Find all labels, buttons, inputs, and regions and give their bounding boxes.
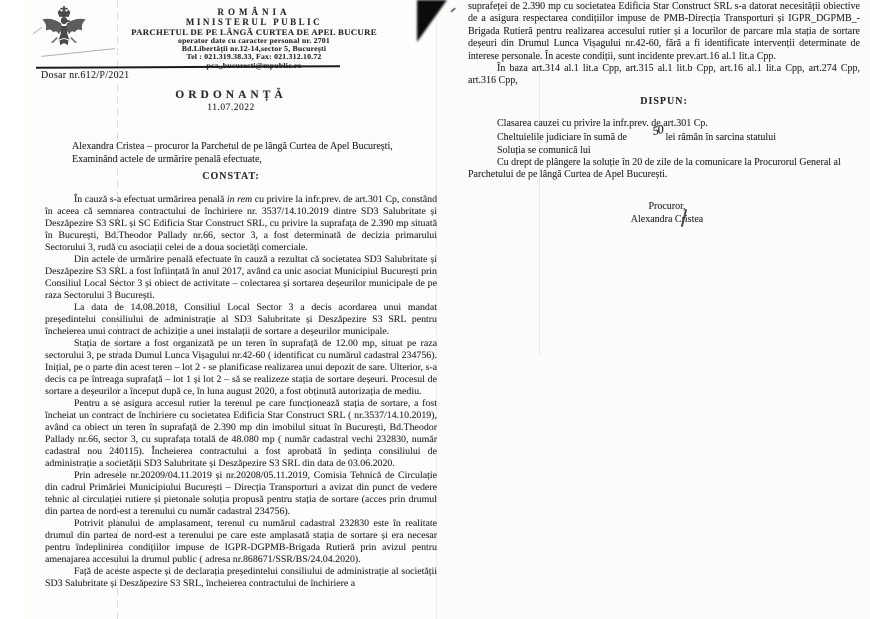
romania-coat-of-arms-icon: [41, 6, 87, 56]
page-right: suprafeței de 2.390 mp cu societatea Edi…: [437, 0, 870, 619]
disposition-line-3: Soluția se comunică lui: [468, 145, 860, 157]
letterhead: ROMÂNIA MINISTERUL PUBLIC PARCHETUL DE P…: [93, 8, 415, 70]
body-paragraph: Potrivit planului de amplasament, terenu…: [45, 518, 437, 566]
case-number: Dosar nr.612/P/2021: [41, 70, 129, 81]
body-paragraph: În cauză s-a efectuat urmărirea penală i…: [45, 194, 437, 254]
paragraph-text: În cauză s-a efectuat urmărirea penală: [74, 194, 227, 205]
body-paragraph: Din actele de urmărire penală efectuate …: [45, 254, 437, 302]
scan-artifact-wedge: [417, 0, 447, 42]
latin-term: in rem: [227, 194, 252, 205]
legal-basis-paragraph: În baza art.314 al.1 lit.a Cpp, art.315 …: [468, 63, 860, 88]
body-paragraph: La data de 14.08.2018, Consiliul Local S…: [45, 302, 437, 338]
body-paragraph: Față de aceste aspecte și de declarația …: [45, 566, 437, 590]
intro-block: Alexandra Cristea – procuror la Parchetu…: [72, 140, 432, 166]
body-paragraph: Pentru a se asigura accesul rutier la te…: [45, 398, 437, 470]
document-date: 11.07.2022: [25, 103, 437, 113]
findings-text: În cauză s-a efectuat urmărirea penală i…: [45, 194, 437, 590]
disposition-line-2: Cheltuielile judiciare în sumă de50 lei …: [468, 130, 860, 144]
handwritten-tick-mark: [450, 7, 456, 12]
constat-heading: CONSTAT:: [25, 171, 437, 182]
document-title: ORDONANȚĂ: [25, 89, 437, 101]
continuation-paragraph: suprafeței de 2.390 mp cu societatea Edi…: [468, 1, 860, 63]
signature-name: Alexandra Cristea: [587, 214, 747, 227]
letterhead-ministry: MINISTERUL PUBLIC: [93, 18, 415, 27]
body-paragraph: Stația de sortare a fost organizată pe u…: [45, 338, 437, 398]
disposition-line-1: Clasarea cauzei cu privire la infr.prev.…: [468, 118, 860, 130]
dispun-heading: DISPUN:: [468, 96, 860, 107]
intro-line-2: Examinând actele de urmărire penală efec…: [72, 153, 432, 166]
disposition-line-2-text: lei rămân în sarcina statului: [663, 132, 776, 143]
signature-role: Procuror,: [587, 201, 747, 214]
disposition-line-4: Cu drept de plângere la soluție în 20 de…: [468, 157, 860, 182]
disposition-line-2-text: Cheltuielile judiciare în sumă de: [497, 132, 627, 143]
intro-line-1: Alexandra Cristea – procuror la Parchetu…: [72, 140, 432, 153]
scanned-ordinance-document: ROMÂNIA MINISTERUL PUBLIC PARCHETUL DE P…: [0, 0, 870, 619]
page-left: ROMÂNIA MINISTERUL PUBLIC PARCHETUL DE P…: [25, 0, 437, 619]
body-paragraph: Prin adresele nr.20209/04.11.2019 și nr.…: [45, 470, 437, 518]
signature-block: Procuror, Alexandra Cristea: [587, 201, 747, 226]
page-seam: [436, 0, 437, 619]
dispositions-block: Clasarea cauzei cu privire la infr.prev.…: [468, 118, 860, 181]
continuation-text: suprafeței de 2.390 mp cu societatea Edi…: [468, 1, 860, 88]
letterhead-country: ROMÂNIA: [93, 8, 415, 17]
